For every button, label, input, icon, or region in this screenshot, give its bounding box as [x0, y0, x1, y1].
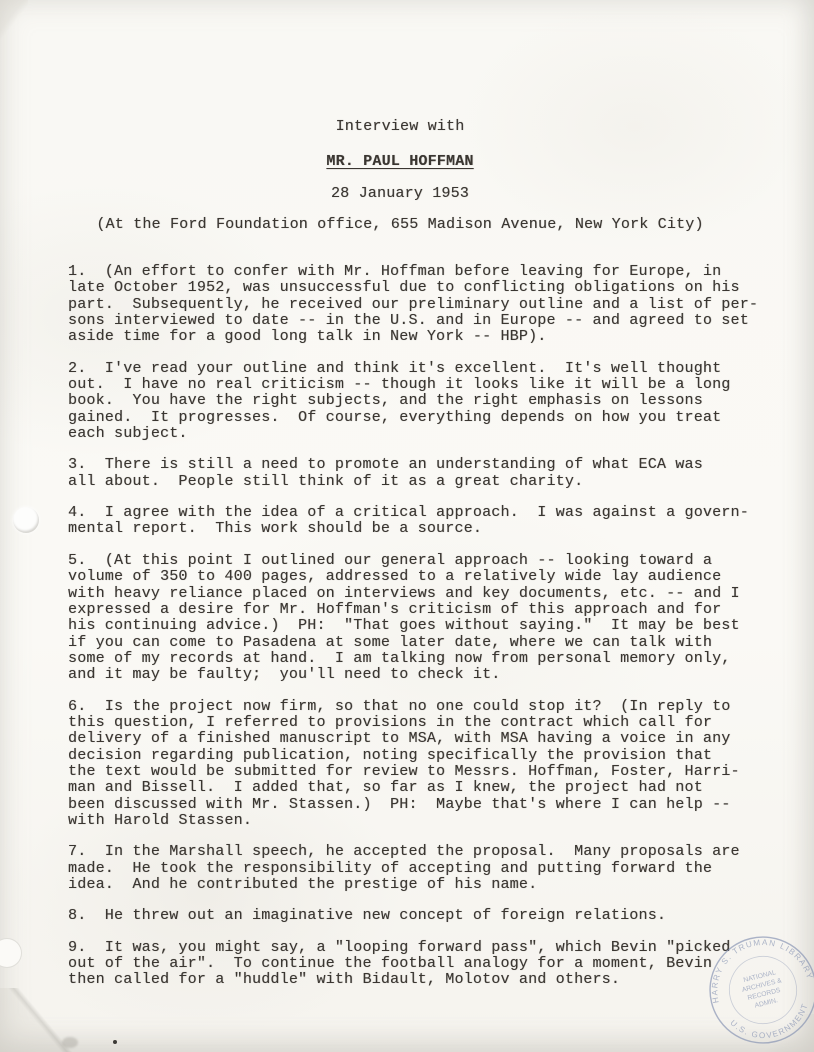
- ink-smudge: [62, 1037, 78, 1048]
- paragraph-1: 1. (An effort to confer with Mr. Hoffman…: [68, 264, 778, 346]
- doc-location: (At the Ford Foundation office, 655 Madi…: [55, 216, 745, 233]
- punch-hole-faint: [0, 938, 22, 968]
- paragraph-4: 4. I agree with the idea of a critical a…: [68, 505, 778, 538]
- document-page: { "document": { "heading": "Interview wi…: [0, 0, 814, 1052]
- scan-corner-shadow-topleft: [0, 0, 28, 40]
- document-body: 1. (An effort to confer with Mr. Hoffman…: [68, 264, 778, 1004]
- doc-date: 28 January 1953: [55, 185, 745, 202]
- paragraph-5: 5. (At this point I outlined our general…: [68, 553, 778, 684]
- paragraph-6: 6. Is the project now firm, so that no o…: [68, 699, 778, 830]
- punch-hole: [13, 507, 39, 533]
- doc-title: Interview with: [55, 118, 745, 135]
- paragraph-9: 9. It was, you might say, a "looping for…: [68, 940, 778, 989]
- paragraph-8: 8. He threw out an imaginative new conce…: [68, 908, 778, 924]
- doc-subject: MR. PAUL HOFFMAN: [55, 153, 745, 170]
- paragraph-2: 2. I've read your outline and think it's…: [68, 361, 778, 443]
- ink-dot: [113, 1040, 117, 1044]
- paragraph-3: 3. There is still a need to promote an u…: [68, 457, 778, 490]
- paragraph-7: 7. In the Marshall speech, he accepted t…: [68, 844, 778, 893]
